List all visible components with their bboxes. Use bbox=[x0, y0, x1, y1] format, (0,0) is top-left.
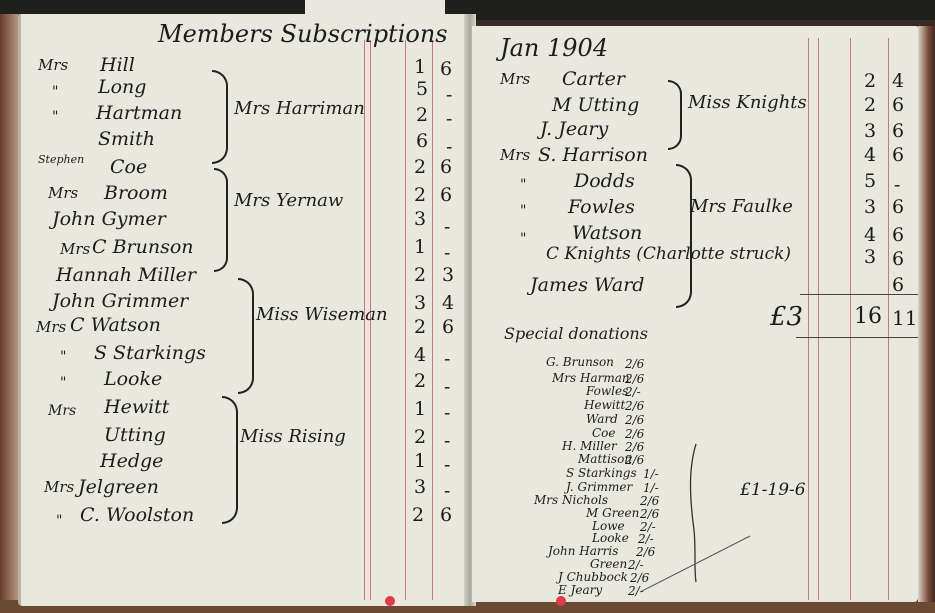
entry-shillings: 2 bbox=[414, 266, 426, 285]
entry-pence: 6 bbox=[440, 158, 452, 177]
entry-prefix: Mrs bbox=[38, 58, 68, 73]
collector-name: Miss Knights bbox=[688, 94, 807, 112]
entry-shillings: 6 bbox=[416, 132, 428, 151]
entry-name: C Brunson bbox=[92, 238, 194, 257]
donor-name: Mrs Harman bbox=[552, 372, 630, 384]
column-rule bbox=[432, 40, 433, 600]
entry-pence: - bbox=[444, 482, 450, 501]
entry-shillings: 3 bbox=[414, 294, 426, 313]
entry-pence: - bbox=[444, 432, 450, 451]
entry-pence: 6 bbox=[892, 250, 904, 269]
entry-prefix: " bbox=[520, 178, 526, 192]
entry-name: Hewitt bbox=[104, 398, 169, 417]
entry-pence: 6 bbox=[440, 506, 452, 525]
entry-shillings: 5 bbox=[416, 80, 428, 99]
donor-name: H. Miller bbox=[562, 440, 617, 452]
total-pounds: £3 bbox=[770, 304, 803, 330]
entry-shillings: 3 bbox=[414, 210, 426, 229]
donor-name: Green bbox=[590, 558, 627, 570]
book-cover-left-edge bbox=[0, 14, 18, 606]
entry-prefix: " bbox=[60, 350, 66, 364]
entry-shillings: 2 bbox=[414, 186, 426, 205]
entry-name: M Utting bbox=[552, 96, 639, 115]
entry-shillings: 3 bbox=[864, 198, 876, 217]
entry-pence: 6 bbox=[442, 318, 454, 337]
entry-pence: 6 bbox=[892, 226, 904, 245]
entry-prefix: " bbox=[56, 514, 62, 528]
entry-name: Watson bbox=[572, 224, 642, 243]
donation-amount: 2/6 bbox=[625, 428, 644, 440]
collector-name: Miss Wiseman bbox=[256, 306, 388, 324]
entry-name: Dodds bbox=[574, 172, 635, 191]
entry-name: John Grimmer bbox=[52, 292, 188, 311]
column-rule bbox=[405, 40, 406, 600]
entry-pence: 6 bbox=[892, 198, 904, 217]
entry-prefix: Mrs bbox=[500, 148, 530, 163]
entry-pence: - bbox=[446, 138, 452, 157]
column-rule bbox=[850, 38, 851, 600]
column-rule bbox=[808, 38, 809, 600]
entry-shillings: 4 bbox=[864, 226, 876, 245]
entry-name: Hedge bbox=[100, 452, 163, 471]
entry-name: J. Jeary bbox=[540, 120, 608, 139]
entry-shillings: 1 bbox=[414, 452, 426, 471]
total-rule-bottom bbox=[796, 337, 918, 338]
entry-prefix: Mrs bbox=[60, 242, 90, 257]
collector-name: Mrs Faulke bbox=[690, 198, 793, 216]
donor-name: Ward bbox=[586, 413, 618, 425]
entry-pence: - bbox=[444, 378, 450, 397]
entry-name: Carter bbox=[562, 70, 625, 89]
entry-shillings: 2 bbox=[414, 372, 426, 391]
entry-prefix: " bbox=[520, 232, 526, 246]
red-bookmark-pin bbox=[385, 596, 395, 606]
entry-prefix: Stephen bbox=[38, 154, 84, 165]
donor-name: Coe bbox=[592, 427, 616, 439]
total-shillings: 16 bbox=[854, 306, 882, 328]
entry-pence: 4 bbox=[442, 294, 454, 313]
entry-prefix: Mrs bbox=[48, 404, 76, 418]
entry-name: Coe bbox=[110, 158, 147, 177]
book-cover-right-edge bbox=[918, 26, 935, 602]
entry-pence: 6 bbox=[440, 186, 452, 205]
collector-name: Miss Rising bbox=[240, 428, 346, 446]
entry-prefix: " bbox=[60, 376, 66, 390]
entry-pence: - bbox=[444, 218, 450, 237]
entry-pence: - bbox=[444, 350, 450, 369]
entry-name: Broom bbox=[104, 184, 168, 203]
entry-shillings: 3 bbox=[864, 122, 876, 141]
group-brace bbox=[238, 278, 254, 394]
entry-name: Hill bbox=[100, 56, 135, 75]
entry-pence: - bbox=[894, 176, 900, 195]
entry-name: Looke bbox=[104, 370, 162, 389]
entry-pence: 6 bbox=[892, 96, 904, 115]
special-donations-heading: Special donations bbox=[504, 326, 648, 342]
donor-name: E Jeary bbox=[558, 584, 602, 596]
entry-shillings: 1 bbox=[414, 238, 426, 257]
donor-name: M Green bbox=[586, 507, 639, 519]
donor-name: J Chubbock bbox=[558, 571, 628, 583]
entry-name: C Watson bbox=[70, 316, 161, 335]
entry-pence: - bbox=[444, 456, 450, 475]
column-rule bbox=[818, 38, 819, 600]
donor-name: G. Brunson bbox=[546, 356, 614, 368]
donation-amount: 2/6 bbox=[625, 414, 644, 426]
entry-shillings: 2 bbox=[414, 428, 426, 447]
group-brace bbox=[222, 396, 238, 524]
entry-name: S. Harrison bbox=[538, 146, 648, 165]
entry-name: John Gymer bbox=[52, 210, 166, 229]
collector-name: Mrs Yernaw bbox=[234, 192, 343, 210]
entry-name: C Knights (Charlotte struck) bbox=[546, 246, 791, 263]
entry-name: Hartman bbox=[96, 104, 182, 123]
group-brace bbox=[212, 70, 228, 164]
entry-prefix: Mrs bbox=[500, 72, 530, 87]
entry-shillings: 3 bbox=[414, 478, 426, 497]
donation-amount: 2/- bbox=[625, 386, 641, 398]
donation-amount: 2/6 bbox=[625, 400, 644, 412]
entry-pence: - bbox=[446, 110, 452, 129]
entry-prefix: Mrs bbox=[48, 186, 78, 201]
donation-amount: 2/6 bbox=[625, 358, 644, 370]
date-heading: Jan 1904 bbox=[500, 36, 608, 60]
entry-prefix: " bbox=[520, 204, 526, 218]
entry-shillings: 2 bbox=[414, 318, 426, 337]
entry-name: S Starkings bbox=[94, 344, 206, 363]
entry-name: Jelgreen bbox=[78, 478, 159, 497]
entry-prefix: " bbox=[52, 85, 58, 99]
donor-name: Fowles bbox=[586, 385, 628, 397]
entry-pence: - bbox=[444, 404, 450, 423]
donor-name: Mrs Nichols bbox=[534, 494, 608, 506]
donations-total: £1-19-6 bbox=[740, 482, 806, 499]
entry-pence: - bbox=[444, 244, 450, 263]
group-brace bbox=[668, 80, 682, 150]
entry-prefix: " bbox=[52, 110, 58, 124]
entry-pence: 6 bbox=[892, 122, 904, 141]
donations-brace-line bbox=[640, 440, 760, 600]
entry-shillings: 1 bbox=[414, 58, 426, 77]
entry-shillings: 5 bbox=[864, 172, 876, 191]
donor-name: J. Grimmer bbox=[566, 481, 632, 493]
column-rule bbox=[888, 38, 889, 600]
donor-name: Hewitt bbox=[584, 399, 625, 411]
entry-name: Utting bbox=[104, 426, 166, 445]
entry-pence: 6 bbox=[892, 276, 904, 295]
entry-shillings: 1 bbox=[414, 400, 426, 419]
collector-name: Mrs Harriman bbox=[234, 100, 365, 118]
entry-shillings: 4 bbox=[414, 346, 426, 365]
entry-shillings: 4 bbox=[864, 146, 876, 165]
entry-pence: 3 bbox=[442, 266, 454, 285]
entry-shillings: 3 bbox=[864, 248, 876, 267]
entry-shillings: 2 bbox=[416, 106, 428, 125]
page-title: Members Subscriptions bbox=[158, 22, 448, 46]
donor-name: Mattison bbox=[578, 453, 632, 465]
entry-name: Smith bbox=[98, 130, 155, 149]
group-brace bbox=[214, 168, 228, 272]
total-pence: 11 bbox=[892, 308, 917, 328]
entry-name: James Ward bbox=[530, 276, 644, 295]
entry-shillings: 2 bbox=[864, 96, 876, 115]
group-brace bbox=[676, 164, 692, 308]
red-bookmark-pin bbox=[556, 596, 566, 606]
donor-name: S Starkings bbox=[566, 467, 637, 479]
entry-name: Long bbox=[98, 78, 146, 97]
entry-shillings: 2 bbox=[864, 72, 876, 91]
donor-name: Looke bbox=[592, 532, 629, 544]
entry-shillings: 2 bbox=[414, 158, 426, 177]
total-rule-top bbox=[800, 294, 918, 295]
entry-prefix: Mrs bbox=[44, 480, 74, 495]
entry-pence: 6 bbox=[440, 60, 452, 79]
entry-name: Fowles bbox=[568, 198, 635, 217]
entry-shillings: 2 bbox=[412, 506, 424, 525]
entry-pence: - bbox=[446, 86, 452, 105]
entry-name: C. Woolston bbox=[80, 506, 194, 525]
donor-name: John Harris bbox=[548, 545, 618, 557]
entry-prefix: Mrs bbox=[36, 320, 66, 335]
entry-pence: 6 bbox=[892, 146, 904, 165]
entry-name: Hannah Miller bbox=[56, 266, 196, 285]
entry-pence: 4 bbox=[892, 72, 904, 91]
